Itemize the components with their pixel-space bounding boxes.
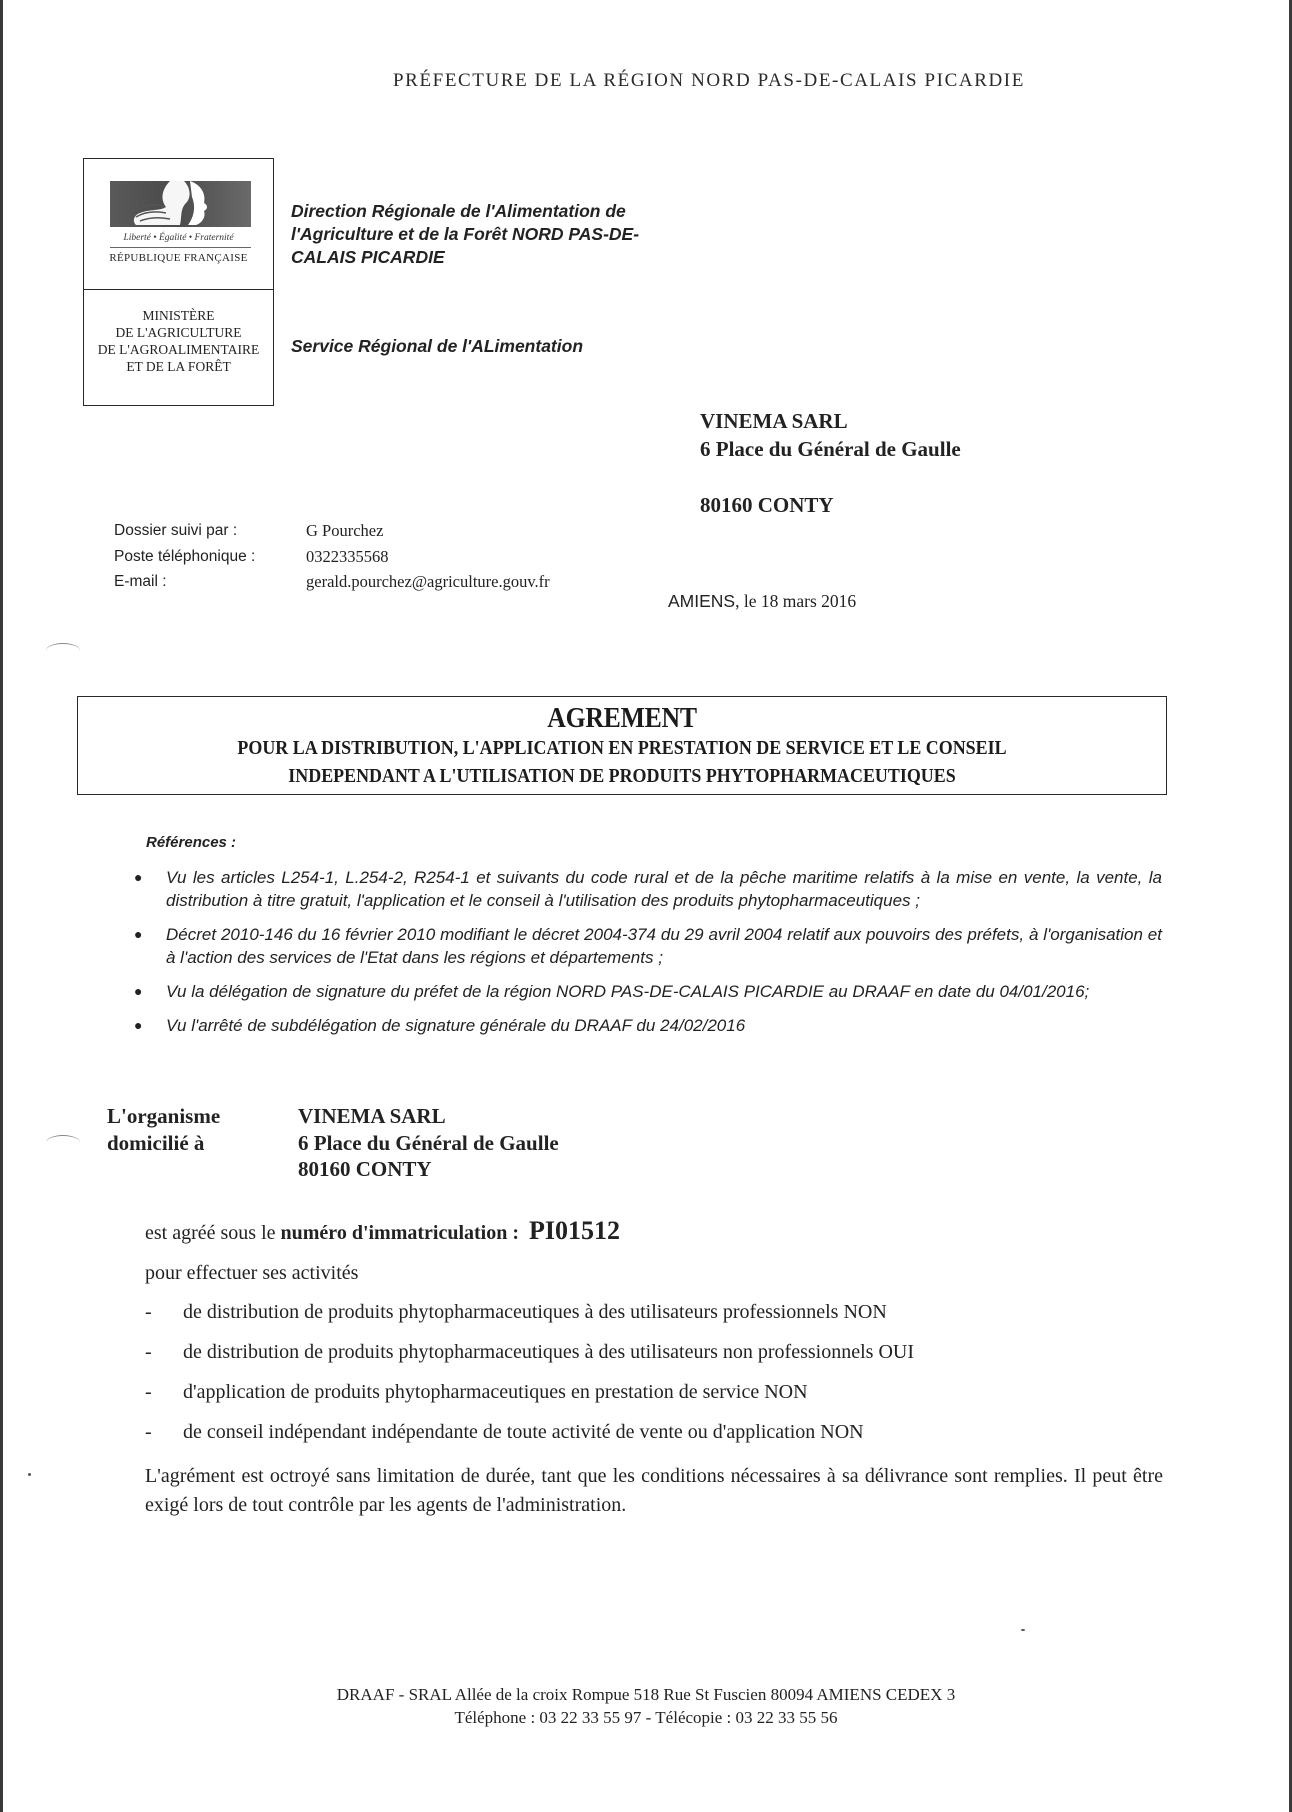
reference-item: ●Décret 2010-146 du 16 février 2010 modi… — [130, 923, 1162, 969]
dash-icon: - — [145, 1380, 152, 1404]
recipient-city: 80160 CONTY — [700, 491, 961, 519]
organisme-label: L'organisme domicilié à — [107, 1103, 287, 1156]
scan-edge-left — [0, 0, 3, 1812]
reference-item: ●Vu l'arrêté de subdélégation de signatu… — [130, 1014, 1162, 1037]
date-text: , le 18 mars 2016 — [735, 591, 856, 611]
bullet-icon: ● — [134, 980, 142, 1003]
document-subtitle-line1: POUR LA DISTRIBUTION, L'APPLICATION EN P… — [122, 735, 1123, 763]
dossier-contact-block: Dossier suivi par : G Pourchez Poste tél… — [114, 518, 550, 595]
activity-status: NON — [764, 1381, 807, 1403]
dossier-value: G Pourchez — [306, 518, 383, 544]
reference-item: ●Vu les articles L254-1, L.254-2, R254-1… — [130, 866, 1162, 912]
republique-text: RÉPUBLIQUE FRANÇAISE — [84, 252, 273, 264]
republique-logo: Liberté • Égalité • Fraternité RÉPUBLIQU… — [84, 159, 273, 290]
validity-paragraph: L'agrément est octroyé sans limitation d… — [145, 1462, 1163, 1520]
activity-item: -de distribution de produits phytopharma… — [145, 1300, 914, 1324]
ministry-name: MINISTÈRE DE L'AGRICULTURE DE L'AGROALIM… — [84, 307, 273, 375]
ministry-logo-block: Liberté • Égalité • Fraternité RÉPUBLIQU… — [83, 158, 274, 406]
activity-item: -de conseil indépendant indépendante de … — [145, 1420, 914, 1444]
email-row: E-mail : gerald.pourchez@agriculture.gou… — [114, 569, 550, 595]
recipient-street: 6 Place du Général de Gaulle — [700, 435, 961, 463]
phone-row: Poste téléphonique : 0322335568 — [114, 544, 550, 570]
activity-status: OUI — [878, 1341, 914, 1363]
dash-icon: - — [145, 1300, 152, 1324]
reference-item: ●Vu la délégation de signature du préfet… — [130, 980, 1162, 1003]
organisme-address: VINEMA SARL 6 Place du Général de Gaulle… — [298, 1103, 698, 1183]
scan-speck — [1021, 1629, 1025, 1631]
prefecture-header: PRÉFECTURE DE LA RÉGION NORD PAS-DE-CALA… — [393, 70, 1025, 92]
marianne-icon — [110, 181, 251, 227]
activity-item: -de distribution de produits phytopharma… — [145, 1340, 914, 1364]
punch-hole-mark — [46, 643, 80, 658]
bullet-icon: ● — [134, 923, 142, 946]
sender-direction: Direction Régionale de l'Alimentation de… — [291, 200, 639, 269]
registration-statement: est agréé sous le numéro d'immatriculati… — [145, 1216, 620, 1246]
document-subtitle-line2: INDEPENDANT A L'UTILISATION DE PRODUITS … — [122, 763, 1123, 791]
devise-text: Liberté • Égalité • Fraternité — [84, 233, 273, 243]
recipient-address: VINEMA SARL 6 Place du Général de Gaulle… — [700, 407, 961, 519]
phone-value: 0322335568 — [306, 544, 389, 570]
document-title: AGREMENT — [122, 703, 1123, 735]
email-label: E-mail : — [114, 569, 306, 595]
activity-status: NON — [843, 1301, 886, 1323]
bullet-icon: ● — [134, 1014, 142, 1037]
scan-speck — [28, 1473, 31, 1476]
footer-line2: Téléphone : 03 22 33 55 97 - Télécopie :… — [0, 1706, 1292, 1729]
activities-list: -de distribution de produits phytopharma… — [145, 1300, 914, 1460]
email-value: gerald.pourchez@agriculture.gouv.fr — [306, 569, 550, 595]
punch-hole-mark — [46, 1135, 80, 1150]
devise-divider — [110, 247, 251, 248]
dash-icon: - — [145, 1420, 152, 1444]
activity-status: NON — [820, 1421, 863, 1443]
recipient-name: VINEMA SARL — [700, 407, 961, 435]
footer-address: DRAAF - SRAL Allée de la croix Rompue 51… — [0, 1683, 1292, 1729]
activity-item: -d'application de produits phytopharmace… — [145, 1380, 914, 1404]
registration-number: PI01512 — [529, 1216, 620, 1245]
bullet-icon: ● — [134, 866, 142, 889]
dash-icon: - — [145, 1340, 152, 1364]
letter-date: AMIENS, le 18 mars 2016 — [668, 591, 856, 612]
date-city: AMIENS — [668, 591, 735, 611]
activities-intro: pour effectuer ses activités — [145, 1262, 358, 1285]
footer-line1: DRAAF - SRAL Allée de la croix Rompue 51… — [0, 1683, 1292, 1706]
document-title-box: AGREMENT POUR LA DISTRIBUTION, L'APPLICA… — [77, 696, 1167, 795]
dossier-row: Dossier suivi par : G Pourchez — [114, 518, 550, 544]
sender-service: Service Régional de l'ALimentation — [291, 336, 583, 357]
phone-label: Poste téléphonique : — [114, 544, 306, 570]
references-heading: Références : — [146, 834, 236, 851]
references-list: ●Vu les articles L254-1, L.254-2, R254-1… — [130, 866, 1162, 1048]
dossier-label: Dossier suivi par : — [114, 518, 306, 544]
